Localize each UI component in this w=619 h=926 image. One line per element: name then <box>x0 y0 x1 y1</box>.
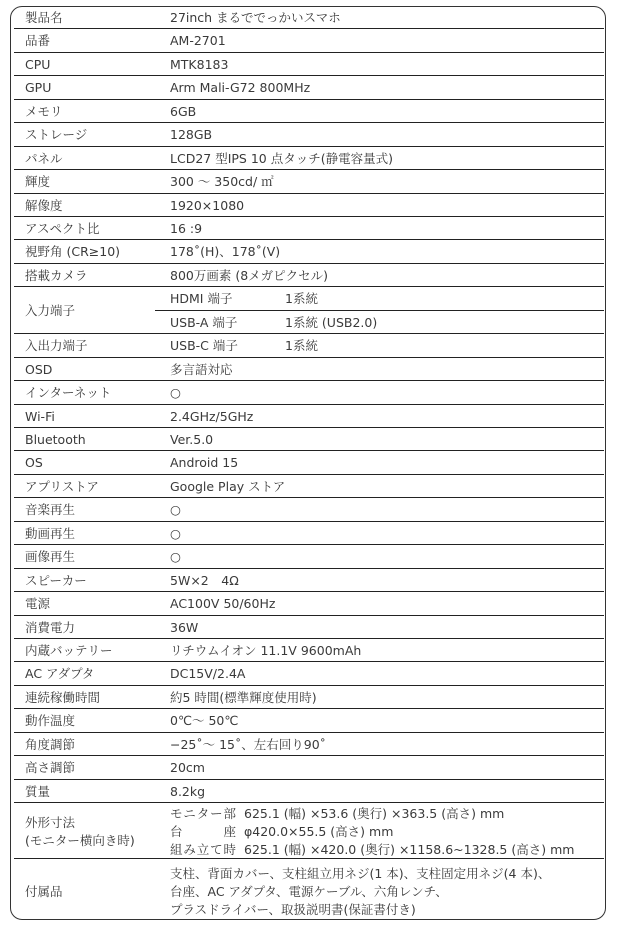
spec-row-bluetooth: Bluetooth Ver.5.0 <box>14 428 604 451</box>
spec-label: 動作温度 <box>25 713 75 728</box>
port-name-usb-a: USB-A 端子 <box>170 315 237 330</box>
spec-label: 音楽再生 <box>25 502 75 517</box>
spec-value: 20cm <box>170 760 205 775</box>
spec-row-storage: ストレージ 128GB <box>14 123 604 146</box>
spec-value: Arm Mali-G72 800MHz <box>170 80 310 95</box>
spec-row-input-ports: 入力端子 HDMI 端子 1系統 USB-A 端子 1系統 (USB2.0) <box>14 287 604 334</box>
spec-label: 入出力端子 <box>25 338 88 353</box>
spec-label: 入力端子 <box>25 303 75 318</box>
spec-row-resolution: 解像度 1920×1080 <box>14 194 604 217</box>
port-name-usb-c: USB-C 端子 <box>170 338 238 353</box>
spec-row-angle-adjustment: 角度調節 −25˚～ 15˚、左右回り90˚ <box>14 733 604 756</box>
spec-label: 輝度 <box>25 174 50 189</box>
spec-value: LCD27 型IPS 10 点タッチ(静電容量式) <box>170 151 393 166</box>
spec-label: 電源 <box>25 596 50 611</box>
spec-label: 製品名 <box>25 10 63 25</box>
spec-value: 多言語対応 <box>170 362 233 377</box>
spec-label: Bluetooth <box>25 432 86 447</box>
spec-value: −25˚～ 15˚、左右回り90˚ <box>170 737 326 752</box>
spec-label: 内蔵バッテリー <box>25 643 113 658</box>
spec-row-wifi: Wi-Fi 2.4GHz/5GHz <box>14 405 604 428</box>
spec-label: 連続稼働時間 <box>25 690 100 705</box>
supported-circle-icon: ○ <box>170 549 181 564</box>
spec-label: スピーカー <box>25 573 87 588</box>
spec-label: Wi-Fi <box>25 409 55 424</box>
spec-label: 付属品 <box>25 884 63 899</box>
spec-label: アスペクト比 <box>25 221 100 236</box>
spec-value: 1920×1080 <box>170 198 244 213</box>
spec-label: ストレージ <box>25 127 87 142</box>
spec-label: 視野角 (CR≥10) <box>25 244 120 259</box>
spec-label: 角度調節 <box>25 737 75 752</box>
spec-row-os: OS Android 15 <box>14 451 604 474</box>
dimension-value-monitor: 625.1 (幅) ×53.6 (奥行) ×363.5 (高さ) mm <box>244 806 504 821</box>
port-count-usb-c: 1系統 <box>285 338 318 353</box>
spec-value: 300 ～ 350cd/ ㎡ <box>170 174 274 189</box>
spec-value: 6GB <box>170 104 196 119</box>
spec-row-osd: OSD 多言語対応 <box>14 358 604 381</box>
spec-row-cpu: CPU MTK8183 <box>14 53 604 76</box>
dimension-value-assembled: 625.1 (幅) ×420.0 (奥行) ×1158.6~1328.5 (高さ… <box>244 842 574 857</box>
dimensions-label-line2: (モニター横向き時) <box>25 833 135 848</box>
spec-row-continuous-runtime: 連続稼働時間 約5 時間(標準輝度使用時) <box>14 686 604 709</box>
spec-label: パネル <box>25 151 63 166</box>
spec-row-accessories: 付属品 支柱、背面カバー、支柱組立用ネジ(1 本)、支柱固定用ネジ(4 本)、 … <box>14 859 604 926</box>
spec-row-product-name: 製品名 27inch まるででっかいスマホ <box>14 6 604 29</box>
spec-value: 8.2kg <box>170 784 205 799</box>
spec-label: OSD <box>25 362 52 377</box>
spec-label: OS <box>25 455 43 470</box>
spec-row-music-playback: 音楽再生 ○ <box>14 498 604 521</box>
spec-value: 2.4GHz/5GHz <box>170 409 253 424</box>
spec-label: 質量 <box>25 784 50 799</box>
spec-value: DC15V/2.4A <box>170 666 245 681</box>
spec-label: 外形寸法 (モニター横向き時) <box>25 814 135 850</box>
spec-row-video-playback: 動画再生 ○ <box>14 522 604 545</box>
spec-label: 消費電力 <box>25 620 75 635</box>
spec-value: Google Play ストア <box>170 479 285 494</box>
accessories-line: プラスドライバー、取扱説明書(保証書付き) <box>170 902 416 917</box>
spec-label: アプリストア <box>25 479 99 494</box>
spec-row-battery: 内蔵バッテリー リチウムイオン 11.1V 9600mAh <box>14 639 604 662</box>
dimensions-label-line1: 外形寸法 <box>25 815 75 830</box>
spec-value: 800万画素 (8メガピクセル) <box>170 268 328 283</box>
spec-row-power-supply: 電源 AC100V 50/60Hz <box>14 592 604 615</box>
dimension-part-monitor: モニター部 <box>170 805 236 823</box>
spec-label: 解像度 <box>25 198 63 213</box>
spec-row-brightness: 輝度 300 ～ 350cd/ ㎡ <box>14 170 604 193</box>
spec-value: リチウムイオン 11.1V 9600mAh <box>170 643 361 658</box>
spec-value: MTK8183 <box>170 57 228 72</box>
spec-row-operating-temperature: 動作温度 0℃～ 50℃ <box>14 709 604 732</box>
spec-row-power-consumption: 消費電力 36W <box>14 616 604 639</box>
dimension-part-stand: 台 座 <box>170 823 236 841</box>
spec-value: 178˚(H)、178˚(V) <box>170 244 280 259</box>
spec-row-viewing-angle: 視野角 (CR≥10) 178˚(H)、178˚(V) <box>14 240 604 263</box>
spec-label: CPU <box>25 57 50 72</box>
spec-value: 27inch まるででっかいスマホ <box>170 10 341 25</box>
spec-label: 高さ調節 <box>25 760 75 775</box>
spec-row-camera: 搭載カメラ 800万画素 (8メガピクセル) <box>14 264 604 287</box>
spec-row-panel: パネル LCD27 型IPS 10 点タッチ(静電容量式) <box>14 147 604 170</box>
spec-row-dimensions: 外形寸法 (モニター横向き時) モニター部625.1 (幅) ×53.6 (奥行… <box>14 803 604 859</box>
accessories-list: 支柱、背面カバー、支柱組立用ネジ(1 本)、支柱固定用ネジ(4 本)、 台座、A… <box>170 865 550 919</box>
port-count-usb-a: 1系統 (USB2.0) <box>285 315 377 330</box>
supported-circle-icon: ○ <box>170 526 181 541</box>
spec-value: 0℃～ 50℃ <box>170 713 238 728</box>
supported-circle-icon: ○ <box>170 385 181 400</box>
dimension-part-assembled: 組み立て時 <box>170 841 236 859</box>
spec-row-speaker: スピーカー 5W×2 4Ω <box>14 569 604 592</box>
spec-row-image-playback: 画像再生 ○ <box>14 545 604 568</box>
spec-row-aspect-ratio: アスペクト比 16 :9 <box>14 217 604 240</box>
spec-label: 画像再生 <box>25 549 75 564</box>
spec-value: 36W <box>170 620 198 635</box>
spec-label: 動画再生 <box>25 526 75 541</box>
spec-label: メモリ <box>25 104 63 119</box>
spec-label: インターネット <box>25 385 111 400</box>
spec-row-model-number: 品番 AM-2701 <box>14 29 604 52</box>
accessories-line: 支柱、背面カバー、支柱組立用ネジ(1 本)、支柱固定用ネジ(4 本)、 <box>170 866 550 881</box>
spec-label: GPU <box>25 80 51 95</box>
spec-row-height-adjustment: 高さ調節 20cm <box>14 756 604 779</box>
port-name-hdmi: HDMI 端子 <box>170 291 232 306</box>
supported-circle-icon: ○ <box>170 502 181 517</box>
spec-row-io-ports: 入出力端子 USB-C 端子 1系統 <box>14 334 604 357</box>
spec-value: Ver.5.0 <box>170 432 213 447</box>
dimension-value-stand: φ420.0×55.5 (高さ) mm <box>244 824 393 839</box>
spec-value: AC100V 50/60Hz <box>170 596 275 611</box>
spec-row-internet: インターネット ○ <box>14 381 604 404</box>
accessories-line: 台座、AC アダプタ、電源ケーブル、六角レンチ、 <box>170 884 448 899</box>
spec-value: 約5 時間(標準輝度使用時) <box>170 690 317 705</box>
spec-value: 16 :9 <box>170 221 202 236</box>
spec-value: AM-2701 <box>170 33 226 48</box>
spec-row-app-store: アプリストア Google Play ストア <box>14 475 604 498</box>
spec-value: Android 15 <box>170 455 238 470</box>
sub-row-divider <box>155 310 604 311</box>
spec-row-ac-adapter: AC アダプタ DC15V/2.4A <box>14 662 604 685</box>
spec-row-weight: 質量 8.2kg <box>14 780 604 803</box>
spec-value: 128GB <box>170 127 212 142</box>
dimensions-values: モニター部625.1 (幅) ×53.6 (奥行) ×363.5 (高さ) mm… <box>170 805 574 859</box>
spec-table: 製品名 27inch まるででっかいスマホ 品番 AM-2701 CPU MTK… <box>14 6 604 926</box>
spec-label: AC アダプタ <box>25 666 94 681</box>
spec-row-gpu: GPU Arm Mali-G72 800MHz <box>14 76 604 99</box>
spec-label: 搭載カメラ <box>25 268 88 283</box>
spec-value: 5W×2 4Ω <box>170 573 239 588</box>
port-count-hdmi: 1系統 <box>285 291 318 306</box>
spec-row-memory: メモリ 6GB <box>14 100 604 123</box>
spec-label: 品番 <box>25 33 50 48</box>
